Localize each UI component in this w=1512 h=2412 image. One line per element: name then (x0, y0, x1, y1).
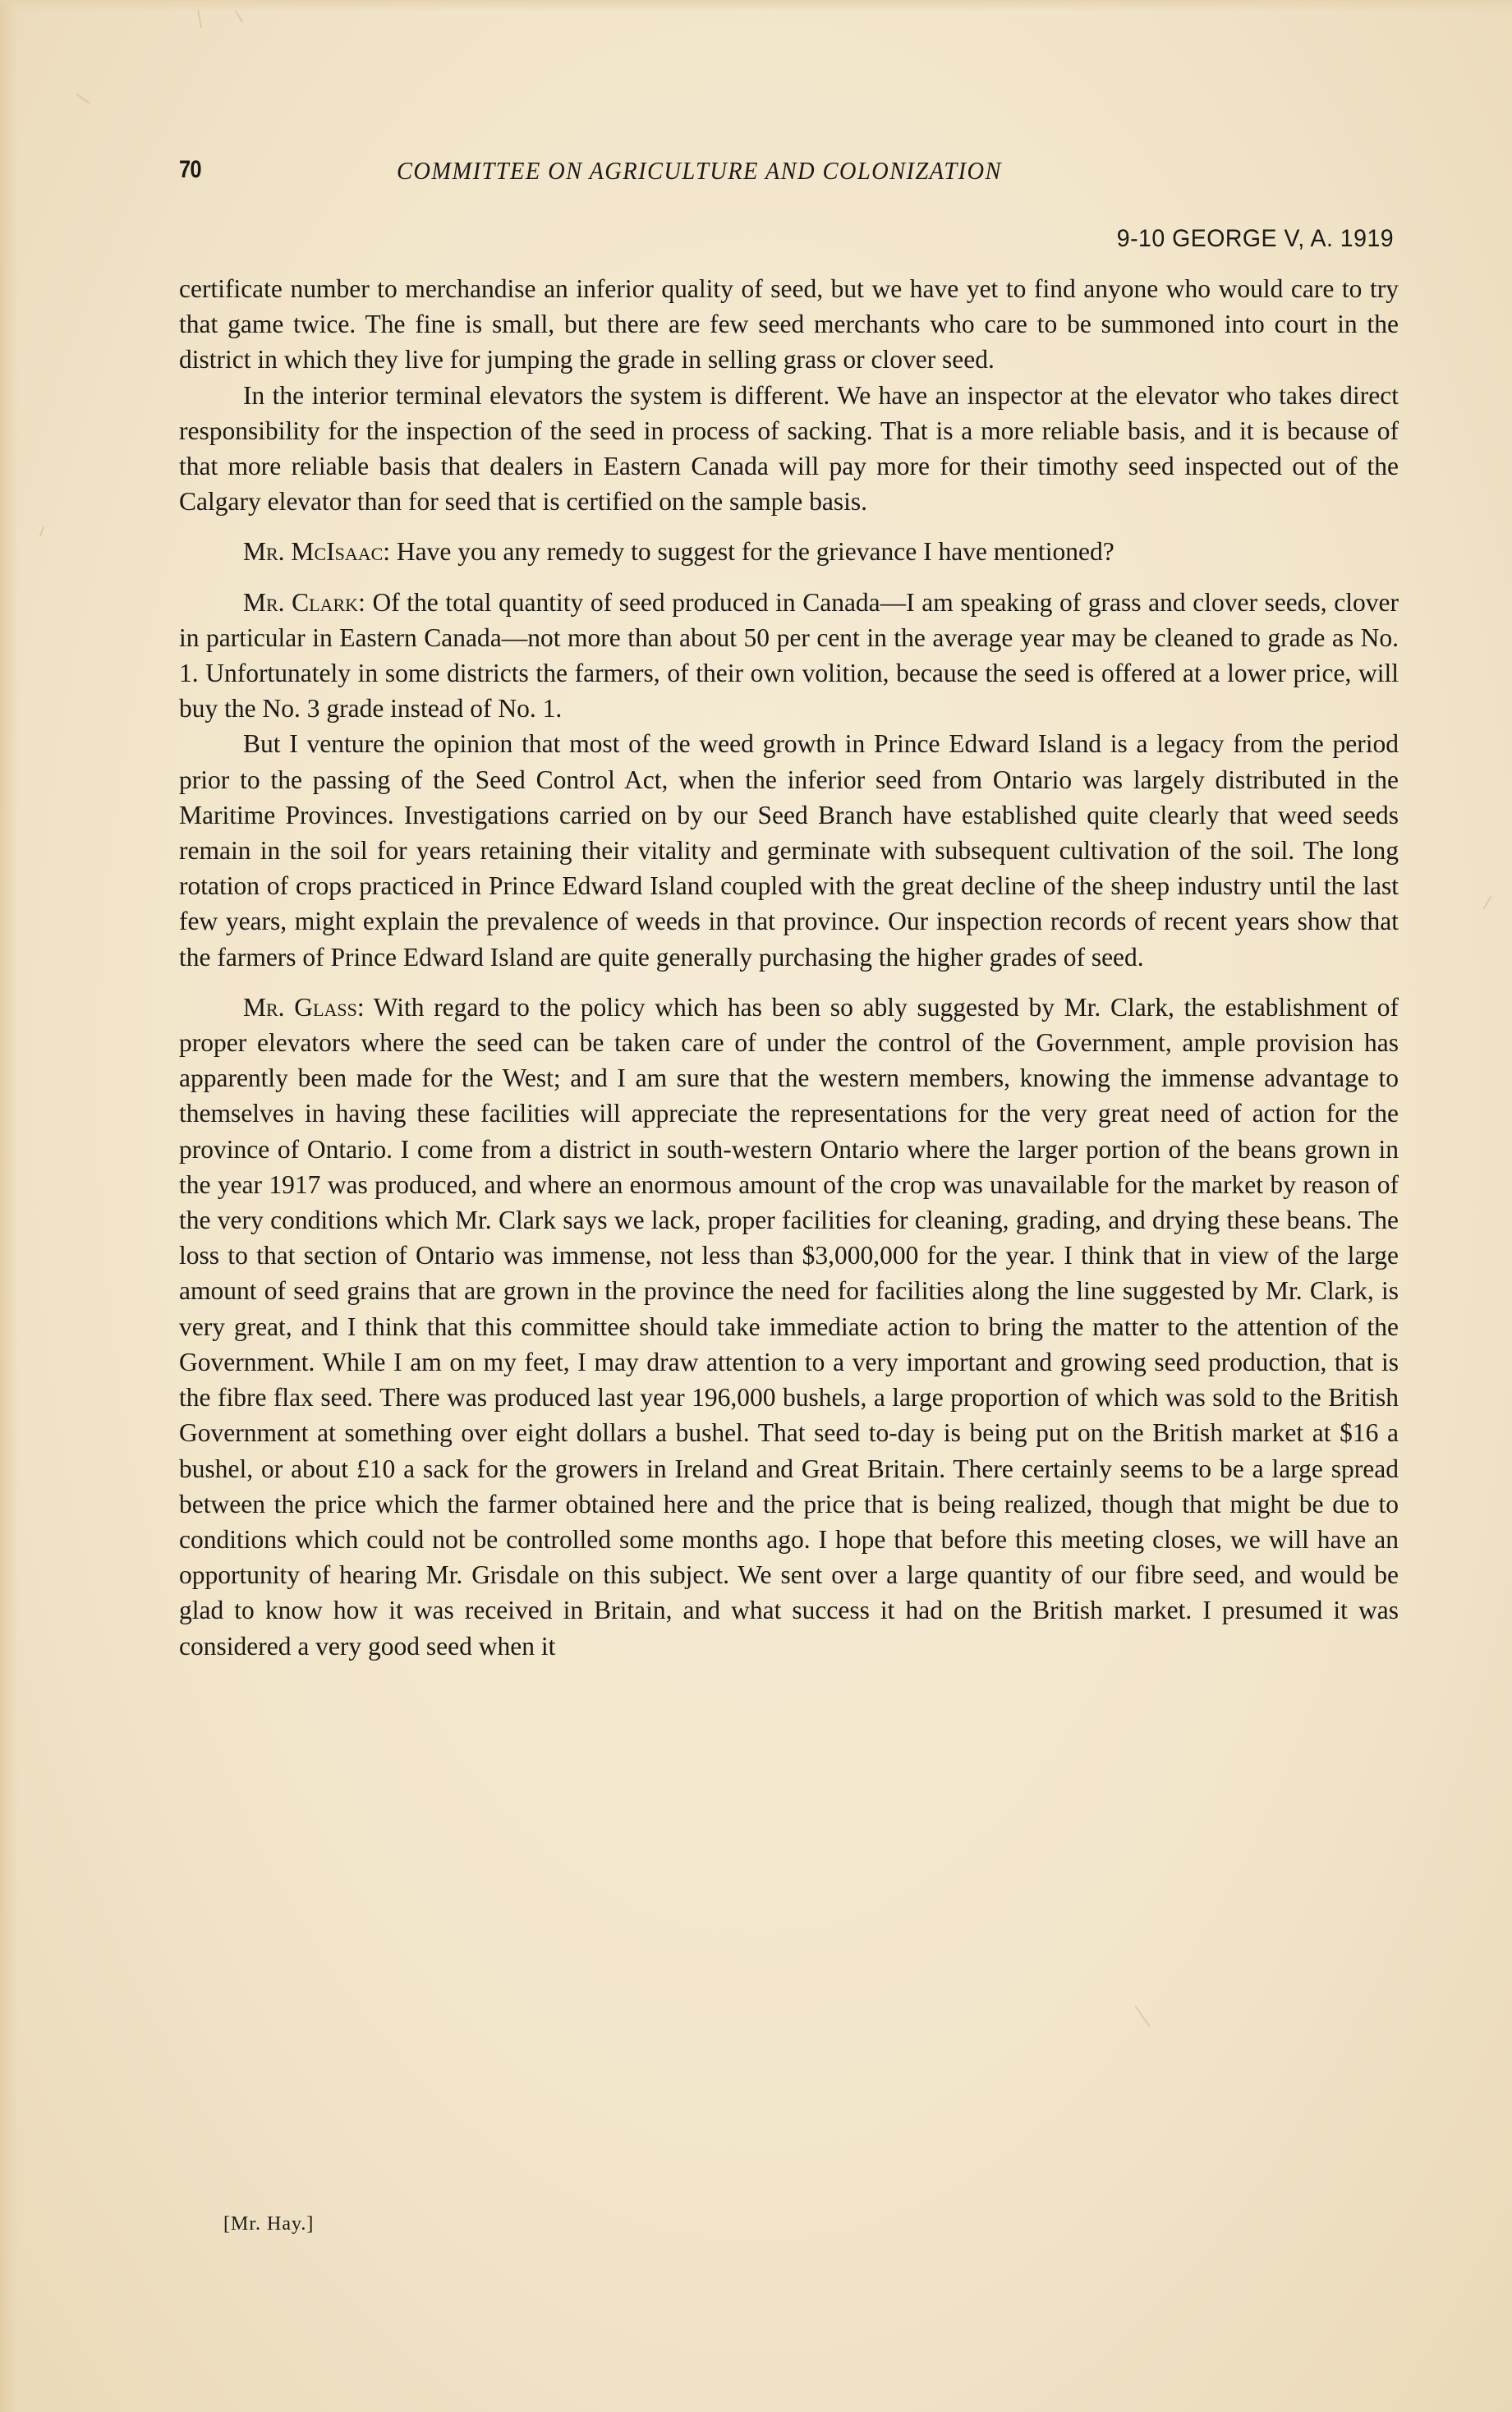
paper-fiber (76, 93, 90, 103)
paragraph: In the interior terminal elevators the s… (179, 378, 1399, 520)
paper-fiber (1135, 2005, 1151, 2027)
paragraph-continued: certificate number to merchandise an inf… (179, 271, 1399, 378)
paper-fiber (1483, 896, 1492, 910)
speech-text: Have you any remedy to suggest for the g… (390, 537, 1114, 566)
speech-glass: Mr. Glass: With regard to the policy whi… (179, 990, 1399, 1664)
session-reference: 9-10 GEORGE V, A. 1919 (1117, 225, 1394, 253)
speech-clark: Mr. Clark: Of the total quantity of seed… (179, 585, 1399, 727)
running-title: COMMITTEE ON AGRICULTURE AND COLONIZATIO… (397, 156, 1002, 186)
document-body: certificate number to merchandise an inf… (179, 271, 1399, 1664)
page-number: 70 (179, 156, 201, 184)
running-head-row: 70 COMMITTEE ON AGRICULTURE AND COLONIZA… (179, 156, 1403, 192)
paragraph: But I venture the opinion that most of t… (179, 726, 1399, 974)
page-top-shadow (0, 0, 1512, 11)
paragraph-text: In the interior terminal elevators the s… (179, 381, 1399, 517)
speaker-name: Mr. Glass: (243, 993, 365, 1022)
speaker-name: Mr. McIsaac: (243, 537, 390, 566)
paper-fiber (197, 10, 202, 28)
paragraph-text: certificate number to merchandise an inf… (179, 274, 1399, 374)
paragraph-text: But I venture the opinion that most of t… (179, 729, 1399, 971)
speaker-name: Mr. Clark: (243, 588, 365, 617)
speech-text: With regard to the policy which has been… (179, 993, 1399, 1661)
paper-fiber (39, 526, 45, 537)
paper-fiber (235, 11, 243, 23)
footer-speaker-note: [Mr. Hay.] (223, 2213, 314, 2235)
speech-mcisaac: Mr. McIsaac: Have you any remedy to sugg… (179, 534, 1399, 569)
page-edge-shadow (0, 0, 18, 2412)
